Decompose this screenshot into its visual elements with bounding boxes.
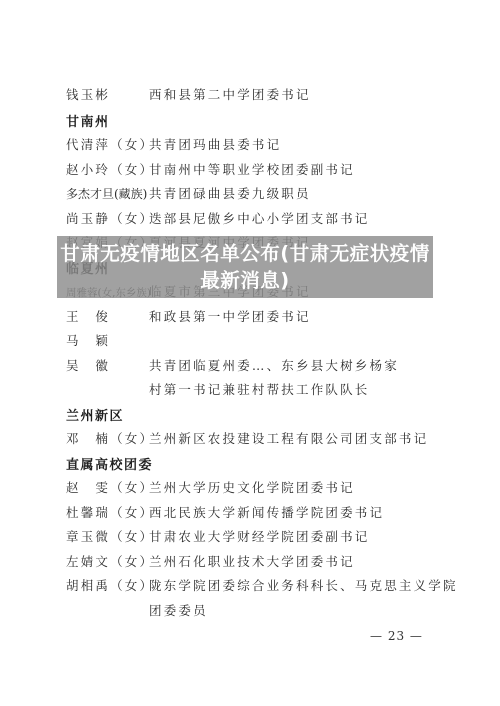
person-name: 杜馨瑞（女） <box>66 503 149 521</box>
person-role: 甘南州中等职业学校团委副书记 <box>149 160 355 178</box>
person-role: 陇东学院团委综合业务科科长、马克思主义学院 <box>149 576 458 594</box>
person-name: 邓 楠（女） <box>66 429 149 447</box>
section-heading: 兰州新区 <box>66 405 124 424</box>
continuation-text: 团委委员 <box>149 601 208 619</box>
entry-row: 吴 徽共青团临夏州委…、东乡县大树乡杨家 <box>66 356 399 374</box>
person-name: 章玉微（女） <box>66 527 149 545</box>
person-name: 马 颖 <box>66 331 149 349</box>
entry-row: 代清萍（女）共青团玛曲县委书记 <box>66 135 281 153</box>
person-name: 左婧文（女） <box>66 552 149 570</box>
person-role: 和政县第一中学团委书记 <box>149 307 311 325</box>
entry-row: 邓 楠（女）兰州新区农投建设工程有限公司团支部书记 <box>66 429 428 447</box>
section-heading: 甘南州 <box>66 111 110 130</box>
person-name: 尚玉静（女） <box>66 209 149 227</box>
document-page: 钱玉彬西和县第二中学团委书记 甘南州 代清萍（女）共青团玛曲县委书记 赵小玲（女… <box>0 0 500 706</box>
person-role: 兰州大学历史文化学院团委书记 <box>149 478 355 496</box>
entry-row: 赵小玲（女）甘南州中等职业学校团委副书记 <box>66 160 355 178</box>
overlay-title: 甘肃无疫情地区名单公布(甘肃无症状疫情最新消息) <box>57 236 433 294</box>
entry-row: 钱玉彬西和县第二中学团委书记 <box>66 85 311 103</box>
person-role: 甘肃农业大学财经学院团委副书记 <box>149 527 370 545</box>
person-role: 共青团碌曲县委九级职员 <box>149 184 311 202</box>
page-number: — 23 — <box>370 629 423 643</box>
person-role: 西和县第二中学团委书记 <box>149 85 311 103</box>
person-name: 胡相禹（女） <box>66 576 149 594</box>
entry-row: 尚玉静（女）迭部县尼傲乡中心小学团支部书记 <box>66 209 370 227</box>
entry-row: 马 颖 <box>66 331 149 349</box>
person-role: 迭部县尼傲乡中心小学团支部书记 <box>149 209 370 227</box>
entry-row: 王 俊和政县第一中学团委书记 <box>66 307 311 325</box>
person-name: 多杰才旦(藏族) <box>66 185 149 202</box>
person-role: 兰州新区农投建设工程有限公司团支部书记 <box>149 429 428 447</box>
person-name: 王 俊 <box>66 307 149 325</box>
person-name: 代清萍（女） <box>66 135 149 153</box>
entry-row: 杜馨瑞（女）西北民族大学新闻传播学院团委书记 <box>66 503 384 521</box>
entry-row: 赵 雯（女）兰州大学历史文化学院团委书记 <box>66 478 355 496</box>
person-name: 吴 徽 <box>66 356 149 374</box>
person-name: 赵 雯（女） <box>66 478 149 496</box>
entry-row: 多杰才旦(藏族)共青团碌曲县委九级职员 <box>66 184 311 202</box>
person-role: 共青团玛曲县委书记 <box>149 135 281 153</box>
entry-row: 章玉微（女）甘肃农业大学财经学院团委副书记 <box>66 527 370 545</box>
section-heading: 直属高校团委 <box>66 454 153 473</box>
entry-row: 胡相禹（女）陇东学院团委综合业务科科长、马克思主义学院 <box>66 576 458 594</box>
person-name: 赵小玲（女） <box>66 160 149 178</box>
person-role: 兰州石化职业技术大学团委书记 <box>149 552 355 570</box>
entry-row: 左婧文（女）兰州石化职业技术大学团委书记 <box>66 552 355 570</box>
person-role: 共青团临夏州委…、东乡县大树乡杨家 <box>149 356 399 374</box>
continuation-text: 村第一书记兼驻村帮扶工作队队长 <box>149 380 370 398</box>
person-name: 钱玉彬 <box>66 85 149 103</box>
person-role: 西北民族大学新闻传播学院团委书记 <box>149 503 384 521</box>
